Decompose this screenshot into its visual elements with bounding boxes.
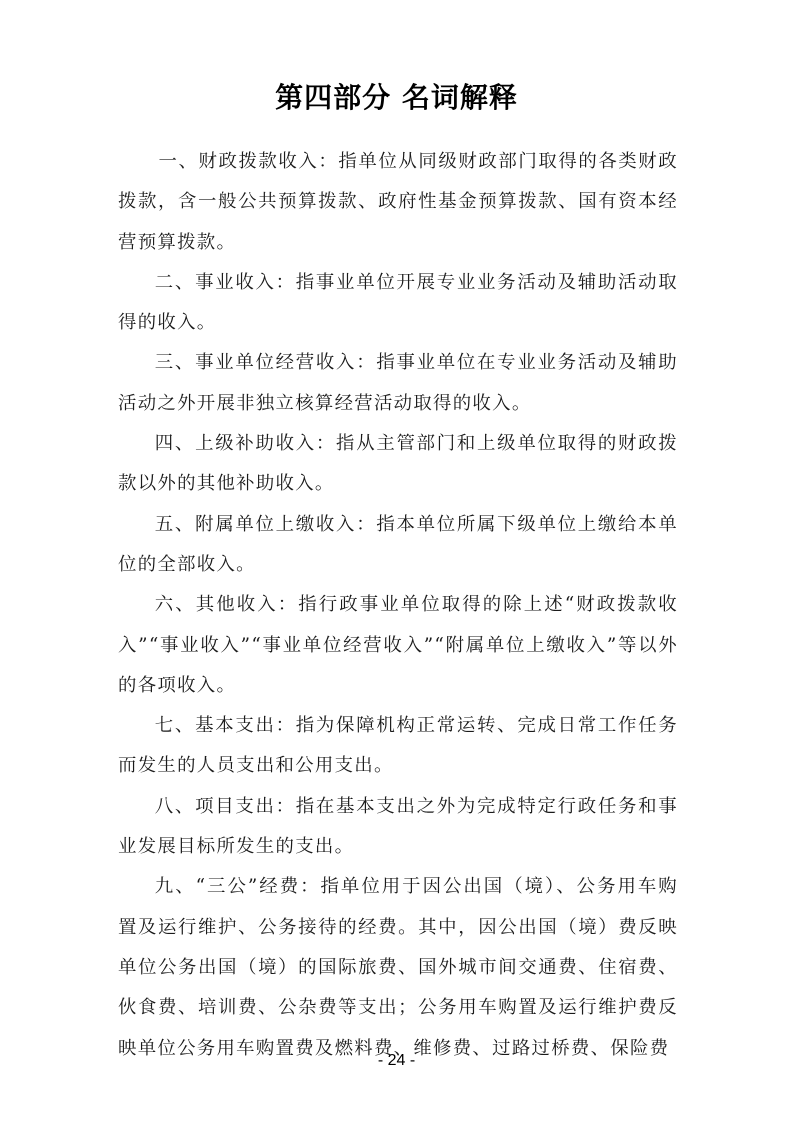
page-number: - 24 - [0,1052,793,1070]
page-title: 第四部分 名词解释 [0,76,793,116]
paragraph-operating-income: 三、事业单位经营收入：指事业单位在专业业务活动及辅助活动之外开展非独立核算经营活… [118,343,678,424]
document-body: 一、财政拨款收入：指单位从同级财政部门取得的各类财政拨款，含一般公共预算拨款、政… [118,142,678,1069]
paragraph-other-income: 六、其他收入：指行政事业单位取得的除上述“财政拨款收入”“事业收入”“事业单位经… [118,585,678,706]
paragraph-superior-subsidy-income: 四、上级补助收入：指从主管部门和上级单位取得的财政拨款以外的其他补助收入。 [118,424,678,505]
paragraph-business-income: 二、事业收入：指事业单位开展专业业务活动及辅助活动取得的收入。 [118,263,678,344]
paragraph-fiscal-appropriation-income: 一、财政拨款收入：指单位从同级财政部门取得的各类财政拨款，含一般公共预算拨款、政… [118,142,678,263]
paragraph-affiliate-remittance-income: 五、附属单位上缴收入：指本单位所属下级单位上缴给本单位的全部收入。 [118,505,678,586]
paragraph-three-public-expenses: 九、“三公”经费：指单位用于因公出国（境）、公务用车购置及运行维护、公务接待的经… [118,867,678,1068]
paragraph-project-expenditure: 八、项目支出：指在基本支出之外为完成特定行政任务和事业发展目标所发生的支出。 [118,787,678,868]
paragraph-basic-expenditure: 七、基本支出：指为保障机构正常运转、完成日常工作任务而发生的人员支出和公用支出。 [118,706,678,787]
